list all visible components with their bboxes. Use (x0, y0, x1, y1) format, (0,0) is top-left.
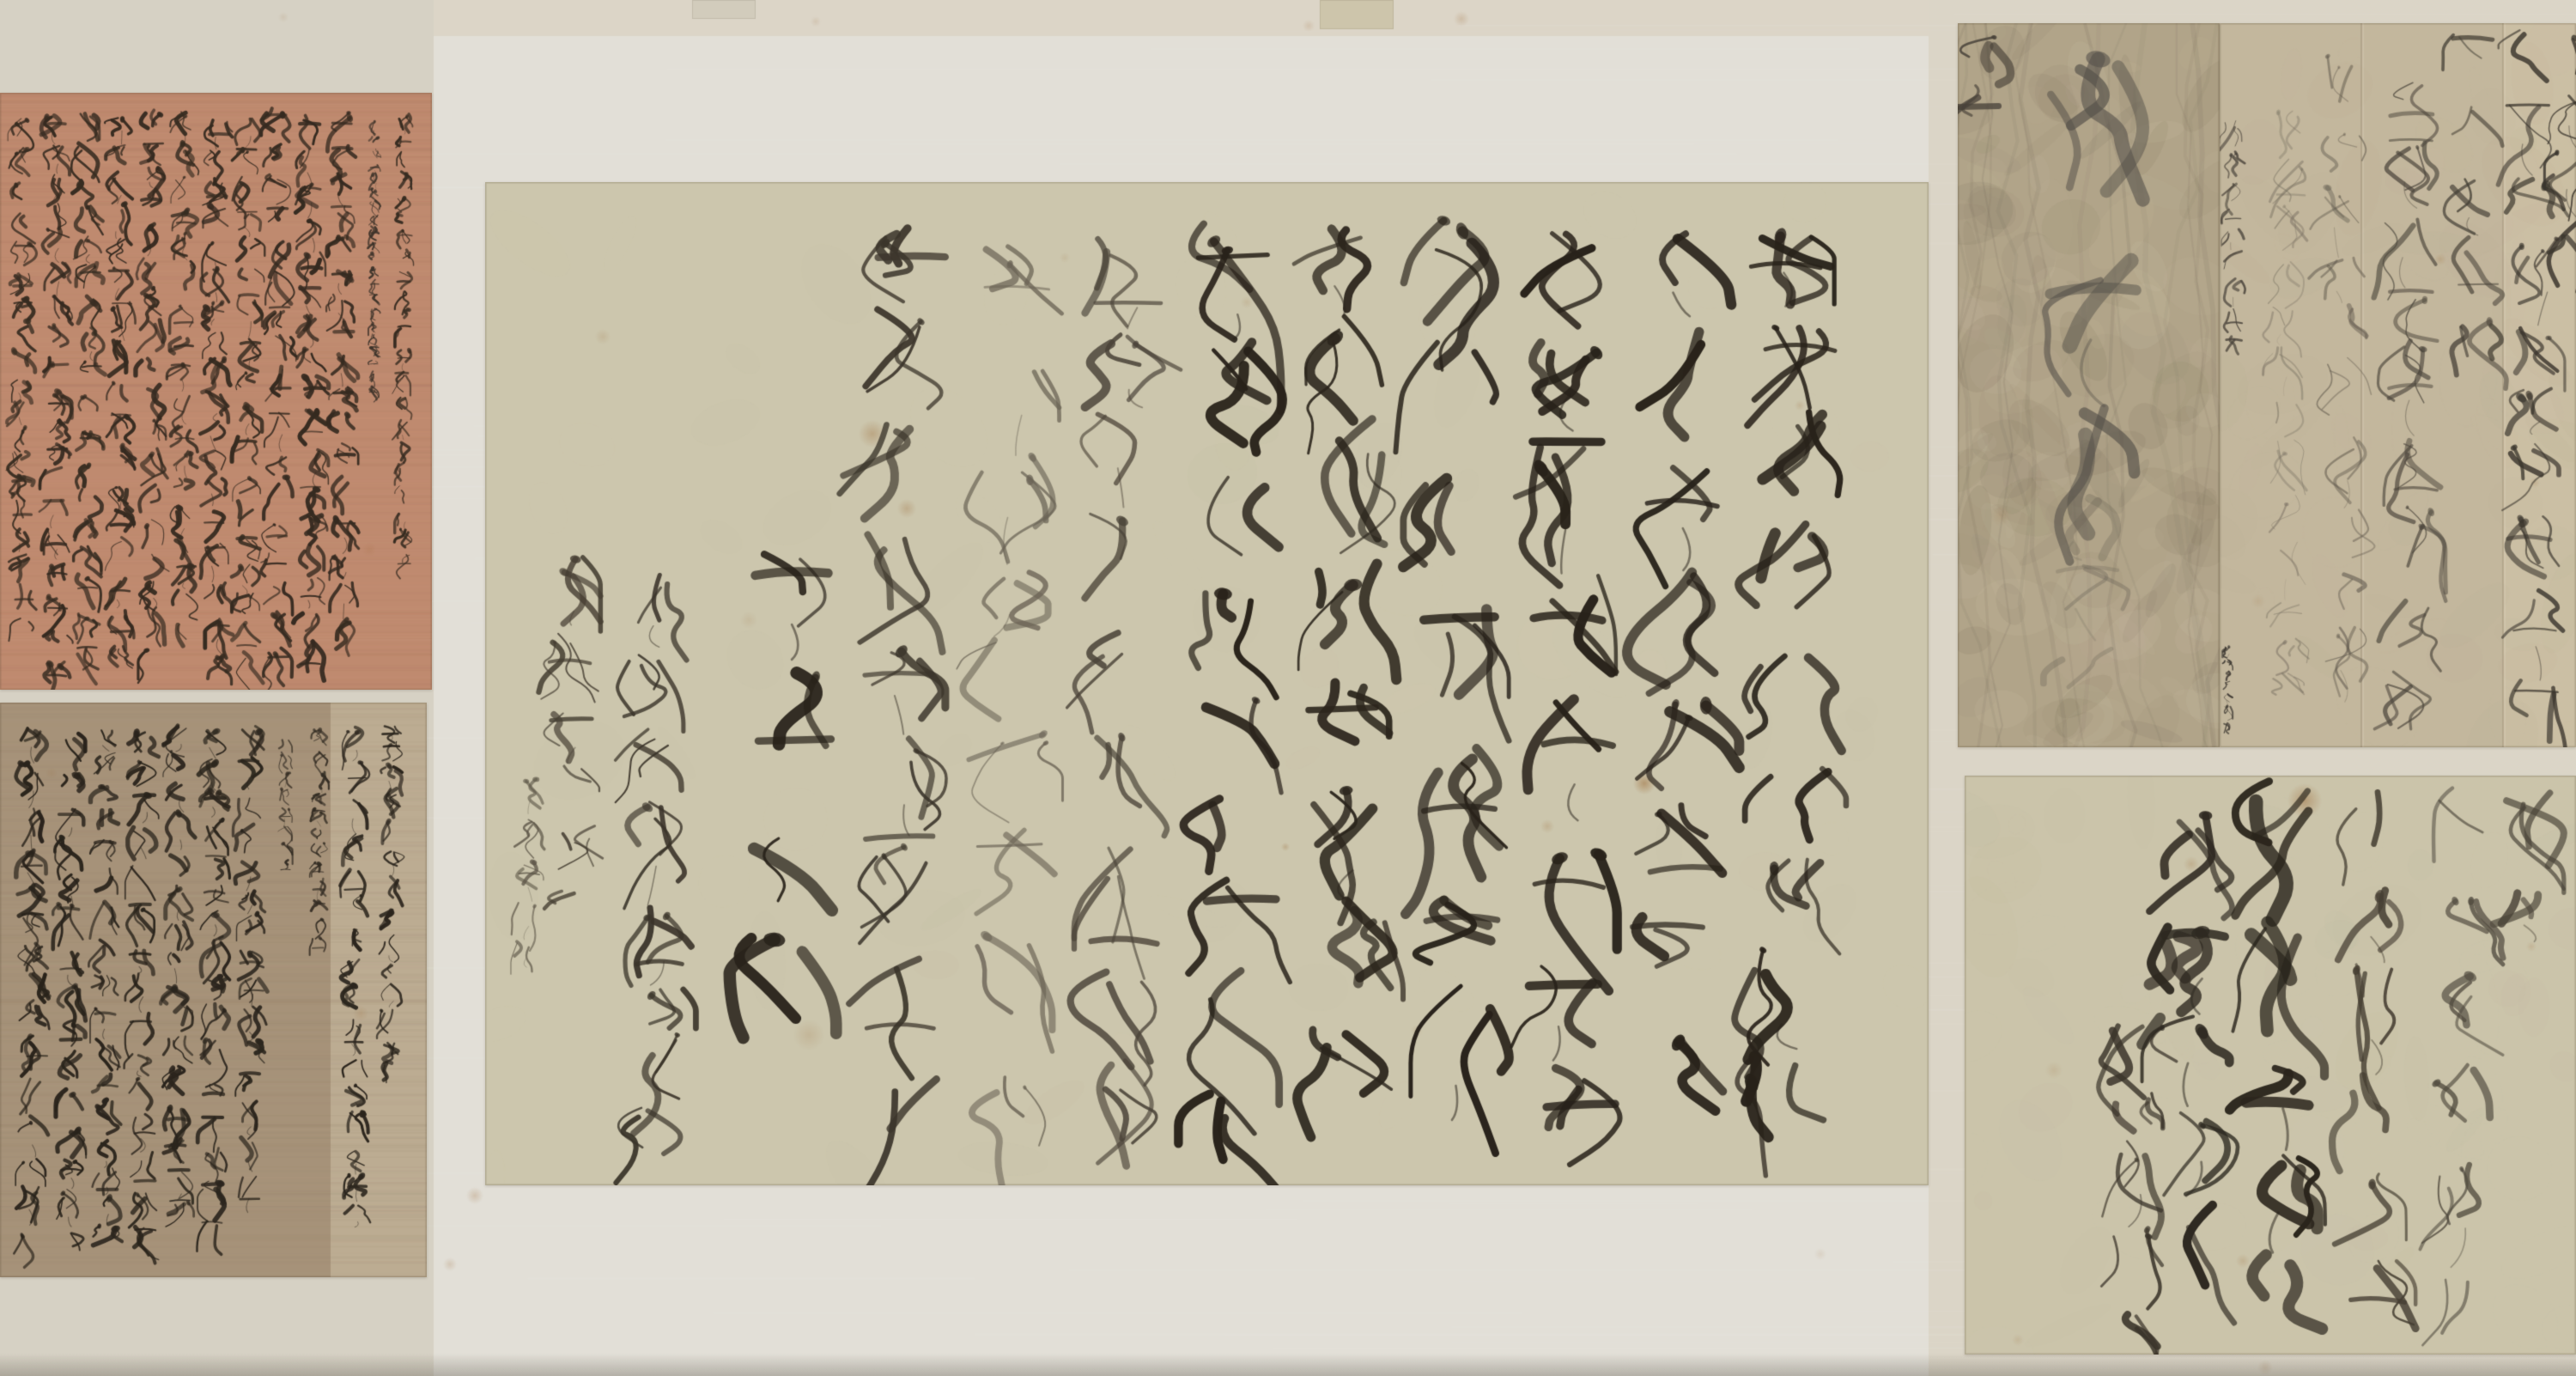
panel-letter-pink (0, 93, 432, 690)
panel-poem-bold-calligraphy (1965, 776, 2576, 1355)
scroll-photograph: Album of mounted Japanese letters in cur… (0, 0, 2576, 1376)
panel-fragment-rough-calligraphy (1958, 23, 2220, 747)
panel-letter-faded (2220, 23, 2576, 747)
panel-fragment-rough (1958, 23, 2220, 747)
panel-letter-faded-calligraphy (2220, 23, 2576, 747)
panel-letter-tan-calligraphy (0, 703, 427, 1277)
panel-letter-pink-calligraphy (0, 93, 432, 690)
panel-poem-bold (1965, 776, 2576, 1355)
panel-letter-tan (0, 703, 427, 1277)
panel-letter-center (485, 182, 1929, 1185)
panel-letter-center-calligraphy (485, 182, 1929, 1185)
